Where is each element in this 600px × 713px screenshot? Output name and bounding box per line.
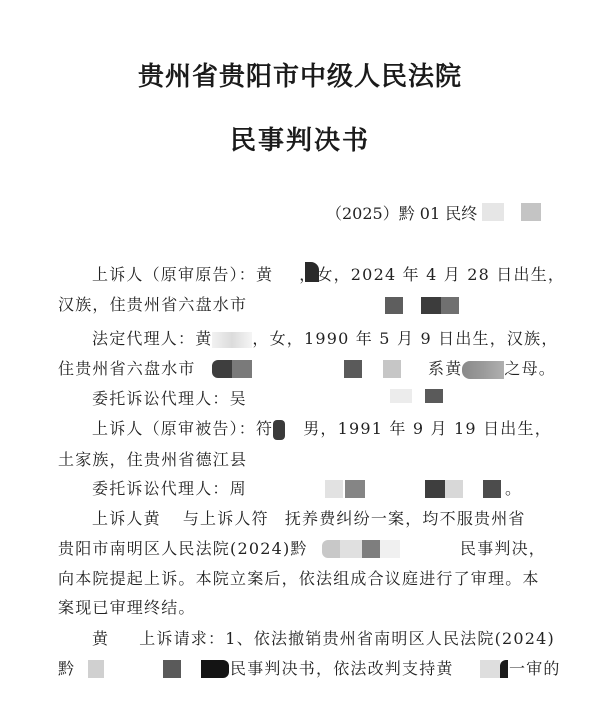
redaction-block — [232, 360, 252, 378]
appellant2-address: 土家族，住贵州省德江县 — [58, 450, 247, 469]
redaction-block — [425, 389, 443, 403]
agent2-line: 委托诉讼代理人：周 — [92, 478, 247, 500]
appellant1-line2: 汉族，住贵州省六盘水市 — [58, 294, 247, 316]
redaction-block — [445, 480, 463, 498]
judgment-document: 贵州省贵阳市中级人民法院 民事判决书 （2025）黔 01 民终 上诉人（原审原… — [0, 0, 600, 713]
redaction-block — [163, 660, 181, 678]
guardian-address: 住贵州省六盘水市 — [58, 359, 196, 378]
guardian-label: 法定代理人：黄 — [92, 329, 212, 348]
agent2-end-punct: 。 — [505, 479, 522, 498]
agent2-end: 。 — [505, 478, 522, 500]
appellant1-label: 上诉人（原审原告）：黄 — [92, 265, 273, 284]
redaction-block — [305, 262, 319, 282]
redaction-block — [273, 420, 285, 440]
document-type-heading: 民事判决书 — [0, 120, 600, 157]
case-appellant1: 上诉人黄 — [92, 509, 161, 528]
guardian-relation: 系黄之母。 — [428, 358, 556, 380]
redaction-block — [425, 480, 445, 498]
claim-line2-end: 一审的 — [509, 658, 561, 680]
case-line1: 上诉人黄与上诉人符抚养费纠纷一案，均不服贵州省 — [92, 508, 526, 530]
claim-appellant: 黄 — [92, 629, 109, 648]
redaction-block — [390, 389, 412, 403]
redaction-block — [383, 360, 401, 378]
appellant2-line2: 土家族，住贵州省德江县 — [58, 449, 247, 471]
redaction-block — [482, 203, 504, 221]
appellant2-details: 男，1991 年 9 月 19 日出生， — [303, 419, 552, 438]
claim-prefix: 黔 — [58, 659, 75, 678]
appellant1-line1: 上诉人（原审原告）：黄，女，2024 年 4 月 28 日出生， — [92, 264, 565, 286]
redaction-block — [88, 660, 104, 678]
redaction-block — [212, 332, 252, 348]
case-appellant2: 与上诉人符 — [183, 509, 269, 528]
redaction-block — [483, 480, 501, 498]
case-dispute: 抚养费纠纷一案，均不服贵州省 — [285, 509, 526, 528]
appellant2-label: 上诉人（原审被告）：符 — [92, 419, 273, 438]
redaction-block — [322, 540, 340, 558]
claim-line2-mid: 民事判决书，依法改判支持黄 — [230, 658, 454, 680]
guardian-details: ，女，1990 年 5 月 9 日出生，汉族， — [252, 329, 558, 348]
redaction-block — [462, 361, 504, 379]
redaction-block — [500, 660, 508, 678]
claim-line1: 黄上诉请求：1、依法撤销贵州省南明区人民法院(2024) — [92, 628, 555, 650]
agent1-label: 委托诉讼代理人：吴 — [92, 389, 247, 408]
claim-request-text: 上诉请求：1、依法撤销贵州省南明区人民法院(2024) — [139, 629, 555, 648]
redaction-block — [441, 297, 459, 314]
appellant2-line1: 上诉人（原审被告）：符男，1991 年 9 月 19 日出生， — [92, 418, 552, 440]
case-number: （2025）黔 01 民终 — [326, 201, 477, 224]
claim-first-instance: 一审的 — [509, 659, 561, 678]
claim-line2: 黔 — [58, 658, 75, 680]
redaction-block — [325, 480, 343, 498]
redaction-block — [212, 360, 232, 378]
appellant1-address: 汉族，住贵州省六盘水市 — [58, 295, 247, 314]
redaction-gap — [161, 519, 183, 520]
court-name-heading: 贵州省贵阳市中级人民法院 — [0, 56, 600, 93]
case-judgment: 民事判决， — [460, 539, 546, 558]
redaction-block — [273, 275, 299, 276]
case-number-text: （2025）黔 01 民终 — [326, 204, 477, 223]
case-line2-end: 民事判决， — [460, 538, 546, 560]
guardian-line1: 法定代理人：黄，女，1990 年 5 月 9 日出生，汉族， — [92, 328, 559, 350]
case-concluded-text: 案现已审理终结。 — [58, 598, 196, 617]
claim-revoke-text: 民事判决书，依法改判支持黄 — [230, 659, 454, 678]
redaction-block — [421, 297, 441, 314]
redaction-block — [385, 297, 403, 314]
case-appeal-text: 向本院提起上诉。本院立案后，依法组成合议庭进行了审理。本 — [58, 569, 540, 588]
redaction-block — [345, 480, 365, 498]
redaction-block — [344, 360, 362, 378]
guardian-line2: 住贵州省六盘水市 — [58, 358, 196, 380]
appellant1-details: ，女，2024 年 4 月 28 日出生， — [299, 265, 565, 284]
redaction-gap — [109, 639, 139, 640]
guardian-relation-end: 之母。 — [504, 359, 556, 378]
case-line4: 案现已审理终结。 — [58, 597, 196, 619]
redaction-gap — [269, 519, 285, 520]
redaction-block — [380, 540, 400, 558]
case-line3: 向本院提起上诉。本院立案后，依法组成合议庭进行了审理。本 — [58, 568, 540, 590]
agent1-line: 委托诉讼代理人：吴 — [92, 388, 247, 410]
redaction-block — [201, 660, 229, 678]
agent2-label: 委托诉讼代理人：周 — [92, 479, 247, 498]
case-lower-court: 贵阳市南明区人民法院(2024)黔 — [58, 539, 308, 558]
redaction-block — [340, 540, 362, 558]
redaction-block — [362, 540, 380, 558]
redaction-block — [480, 660, 500, 678]
case-line2: 贵阳市南明区人民法院(2024)黔 — [58, 538, 308, 560]
redaction-block — [521, 203, 541, 221]
guardian-relation-text: 系黄 — [428, 359, 462, 378]
